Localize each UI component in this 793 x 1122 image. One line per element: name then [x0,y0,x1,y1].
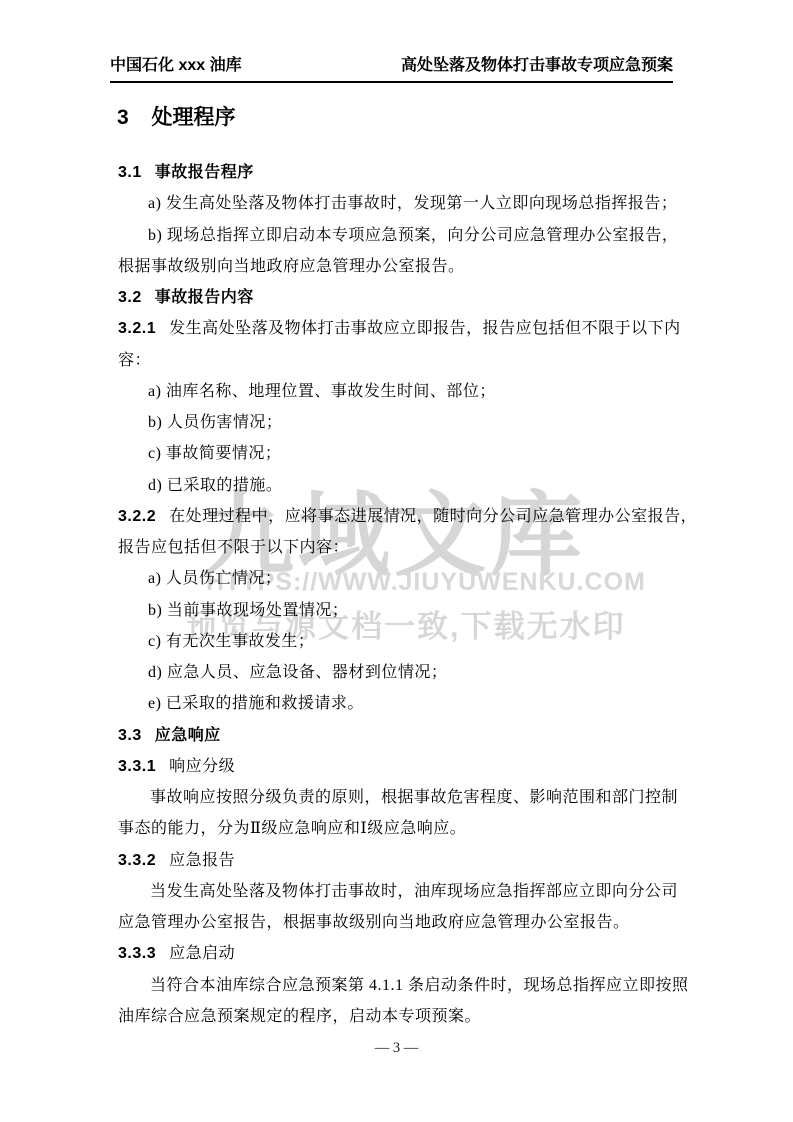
document-body: 3.1事故报告程序a) 发生高处坠落及物体打击事故时，发现第一人立即向现场总指挥… [118,157,680,1032]
chapter-number: 3 [117,106,129,129]
document-page: 九域文库 HTTPS://WWW.JIUYUWENKU.COM 预览与源文档一致… [0,0,793,1122]
text-line-sub: 3.3.1响应分级 [118,751,680,782]
text-line-li: a) 油库名称、地理位置、事故发生时间、部位； [118,376,680,407]
section-number: 3.2 [118,289,142,306]
section-text: 响应分级 [169,758,235,775]
text-line-p: 当发生高处坠落及物体打击事故时，油库现场应急指挥部应立即向分公司 [118,876,680,907]
section-text: 应急报告 [169,852,235,869]
text-line-cont: 油库综合应急预案规定的程序，启动本专项预案。 [118,1001,680,1032]
text-line-li: a) 人员伤亡情况； [118,563,680,594]
text-line-li: d) 应急人员、应急设备、器材到位情况； [118,657,680,688]
section-text: 在处理过程中，应将事态进展情况，随时向分公司应急管理办公室报告， [169,508,697,525]
section-text: 事故报告内容 [155,289,254,306]
text-line-cont: 事态的能力，分为Ⅱ级应急响应和Ⅰ级应急响应。 [118,813,680,844]
text-line-sec: 3.3应急响应 [118,720,680,751]
section-number: 3.1 [118,164,142,181]
section-number: 3.2.1 [118,320,156,337]
section-number: 3.3.2 [118,852,156,869]
section-text: 发生高处坠落及物体打击事故应立即报告，报告应包括但不限于以下内 [169,320,681,337]
section-text: 事故报告程序 [155,164,254,181]
text-line-sec: 3.1事故报告程序 [118,157,680,188]
text-line-cont: 容： [118,345,680,376]
text-line-li: a) 发生高处坠落及物体打击事故时，发现第一人立即向现场总指挥报告； [118,188,680,219]
chapter-title: 3 处理程序 [117,101,236,131]
header-right-title: 高处坠落及物体打击事故专项应急预案 [401,52,673,75]
text-line-cont: 根据事故级别向当地政府应急管理办公室报告。 [118,251,680,282]
section-number: 3.3.3 [118,945,156,962]
section-text: 应急启动 [169,945,235,962]
text-line-li: b) 现场总指挥立即启动本专项应急预案，向分公司应急管理办公室报告， [118,220,680,251]
page-header: 中国石化 xxx 油库 高处坠落及物体打击事故专项应急预案 [110,52,673,83]
page-number: — 3 — [375,1040,419,1056]
page-footer: — 3 — [0,1040,793,1057]
text-line-sec: 3.2事故报告内容 [118,282,680,313]
text-line-p: 当符合本油库综合应急预案第 4.1.1 条启动条件时，现场总指挥应立即按照 [118,970,680,1001]
text-line-cont: 报告应包括但不限于以下内容： [118,532,680,563]
text-line-p: 事故响应按照分级负责的原则，根据事故危害程度、影响范围和部门控制 [118,782,680,813]
chapter-title-text: 处理程序 [152,106,236,129]
text-line-li: c) 有无次生事故发生； [118,626,680,657]
text-line-sub: 3.3.2应急报告 [118,845,680,876]
section-text: 应急响应 [155,727,221,744]
text-line-li: e) 已采取的措施和救援请求。 [118,688,680,719]
text-line-sub: 3.2.1发生高处坠落及物体打击事故应立即报告，报告应包括但不限于以下内 [118,313,680,344]
text-line-cont: 应急管理办公室报告，根据事故级别向当地政府应急管理办公室报告。 [118,907,680,938]
header-left-title: 中国石化 xxx 油库 [110,52,242,75]
text-line-li: b) 当前事故现场处置情况； [118,595,680,626]
text-line-li: b) 人员伤害情况； [118,407,680,438]
section-number: 3.3 [118,727,142,744]
text-line-sub: 3.3.3应急启动 [118,938,680,969]
section-number: 3.3.1 [118,758,156,775]
text-line-li: d) 已采取的措施。 [118,470,680,501]
section-number: 3.2.2 [118,508,156,525]
text-line-sub: 3.2.2在处理过程中，应将事态进展情况，随时向分公司应急管理办公室报告， [118,501,680,532]
text-line-li: c) 事故简要情况； [118,438,680,469]
